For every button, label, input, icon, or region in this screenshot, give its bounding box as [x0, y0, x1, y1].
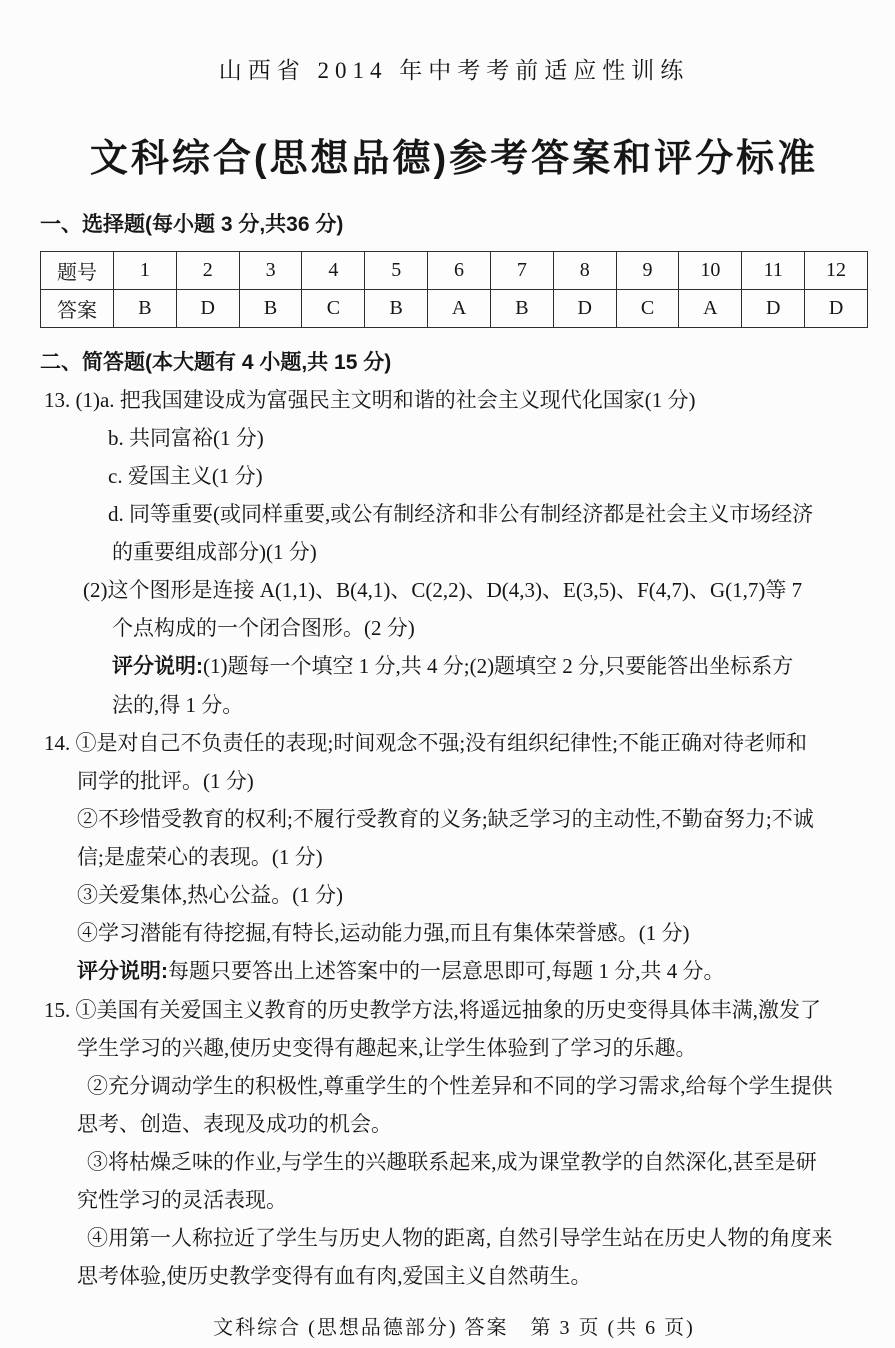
question-number-cell: 2	[176, 252, 239, 290]
answer-line: 思考、创造、表现及成功的机会。	[77, 1105, 868, 1143]
score-note-label: 评分说明:	[112, 655, 203, 678]
question-number-cell: 12	[805, 252, 868, 290]
question-number-cell: 11	[742, 252, 805, 290]
answer-cell: B	[490, 290, 553, 328]
section2-heading: 二、简答题(本大题有 4 小题,共 15 分)	[40, 346, 868, 376]
score-note-text: (1)题每一个填空 1 分,共 4 分;(2)题填空 2 分,只要能答出坐标系方	[203, 654, 793, 678]
question-number-cell: 3	[239, 252, 302, 290]
answer-cell: A	[679, 290, 742, 328]
score-note-line: 评分说明:每题只要答出上述答案中的一层意思即可,每题 1 分,共 4 分。	[77, 952, 868, 991]
answer-line: 信;是虚荣心的表现。(1 分)	[77, 838, 868, 876]
answer-line: 究性学习的灵活表现。	[77, 1181, 868, 1219]
question-number-cell: 9	[616, 252, 679, 290]
score-note-label: 评分说明:	[77, 960, 168, 983]
score-note-text: 每题只要答出上述答案中的一层意思即可,每题 1 分,共 4 分。	[168, 959, 725, 983]
answer-line: 学生学习的兴趣,使历史变得有趣起来,让学生体验到了学习的乐趣。	[77, 1029, 868, 1067]
answer-table: 题号 1 2 3 4 5 6 7 8 9 10 11 12 答案 B D B C…	[40, 251, 868, 328]
answer-line: ③关爱集体,热心公益。(1 分)	[77, 876, 868, 914]
answer-line: ④用第一人称拉近了学生与历史人物的距离, 自然引导学生站在历史人物的角度来	[87, 1219, 868, 1257]
question-number-cell: 8	[553, 252, 616, 290]
question-number-cell: 10	[679, 252, 742, 290]
answer-cell: D	[805, 290, 868, 328]
exam-title: 山西省 2014 年中考考前适应性训练	[40, 52, 868, 85]
answer-line: 法的,得 1 分。	[112, 686, 868, 724]
section1-heading: 一、选择题(每小题 3 分,共36 分)	[40, 208, 868, 238]
question-number-cell: 4	[302, 252, 365, 290]
answer-line: d. 同等重要(或同样重要,或公有制经济和非公有制经济都是社会主义市场经济	[108, 495, 868, 533]
answer-line: c. 爱国主义(1 分)	[108, 457, 868, 495]
row-label-question: 题号	[41, 252, 114, 290]
row-label-answer: 答案	[41, 290, 114, 328]
answer-cell: D	[742, 290, 805, 328]
answer-line: b. 共同富裕(1 分)	[108, 419, 868, 457]
main-title: 文科综合(思想品德)参考答案和评分标准	[40, 127, 868, 182]
answer-line: 思考体验,使历史教学变得有血有肉,爱国主义自然萌生。	[77, 1257, 868, 1295]
answer-cell: D	[553, 290, 616, 328]
answer-line: (2)这个图形是连接 A(1,1)、B(4,1)、C(2,2)、D(4,3)、E…	[83, 571, 868, 609]
answer-cell: B	[114, 290, 177, 328]
answer-line: 15. ①美国有关爱国主义教育的历史教学方法,将遥远抽象的历史变得具体丰满,激发…	[44, 991, 868, 1029]
answer-line: 的重要组成部分)(1 分)	[112, 533, 868, 571]
answer-line: ③将枯燥乏味的作业,与学生的兴趣联系起来,成为课堂教学的自然深化,甚至是研	[87, 1143, 868, 1181]
answer-line: ④学习潜能有待挖掘,有特长,运动能力强,而且有集体荣誉感。(1 分)	[77, 914, 868, 952]
answer-cell: B	[365, 290, 428, 328]
answer-row: 答案 B D B C B A B D C A D D	[41, 290, 868, 328]
page-footer: 文科综合 (思想品德部分) 答案 第 3 页 (共 6 页)	[40, 1311, 868, 1340]
answer-cell: A	[428, 290, 491, 328]
answer-line: 13. (1)a. 把我国建设成为富强民主文明和谐的社会主义现代化国家(1 分)	[44, 381, 868, 419]
question-number-cell: 5	[365, 252, 428, 290]
answer-line: 同学的批评。(1 分)	[77, 762, 868, 800]
question-number-cell: 6	[428, 252, 491, 290]
document-page: 山西省 2014 年中考考前适应性训练 文科综合(思想品德)参考答案和评分标准 …	[0, 0, 895, 1348]
answer-cell: C	[616, 290, 679, 328]
answer-cell: C	[302, 290, 365, 328]
answer-line: 14. ①是对自己不负责任的表现;时间观念不强;没有组织纪律性;不能正确对待老师…	[44, 724, 868, 762]
answer-line: ②不珍惜受教育的权利;不履行受教育的义务;缺乏学习的主动性,不勤奋努力;不诚	[77, 800, 868, 838]
question-number-row: 题号 1 2 3 4 5 6 7 8 9 10 11 12	[41, 252, 868, 290]
answer-line: 个点构成的一个闭合图形。(2 分)	[112, 609, 868, 647]
question-number-cell: 7	[490, 252, 553, 290]
question-number-cell: 1	[114, 252, 177, 290]
score-note-line: 评分说明:(1)题每一个填空 1 分,共 4 分;(2)题填空 2 分,只要能答…	[112, 647, 868, 686]
answer-body: 13. (1)a. 把我国建设成为富强民主文明和谐的社会主义现代化国家(1 分)…	[40, 381, 868, 1295]
answer-cell: D	[176, 290, 239, 328]
answer-line: ②充分调动学生的积极性,尊重学生的个性差异和不同的学习需求,给每个学生提供	[87, 1067, 868, 1105]
answer-cell: B	[239, 290, 302, 328]
